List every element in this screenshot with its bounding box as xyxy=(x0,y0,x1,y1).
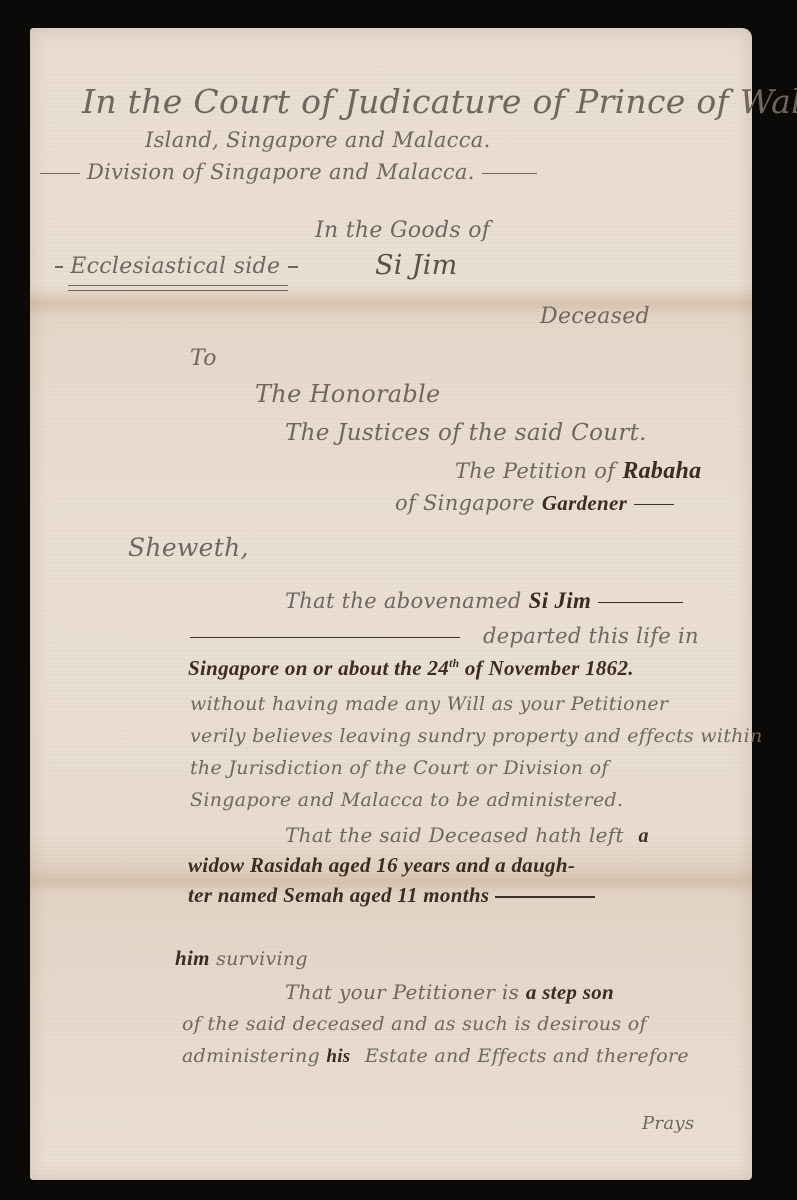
para3-line3-prefix: administering xyxy=(182,1045,320,1067)
deceased-name: Si Jim xyxy=(375,250,458,281)
rule xyxy=(634,504,674,506)
petitioner-of-line: of Singapore Gardener xyxy=(395,491,674,516)
to-label: To xyxy=(190,346,217,371)
para1-line2-text: departed this life in xyxy=(483,624,699,648)
rule xyxy=(482,173,537,174)
court-line-2: Island, Singapore and Malacca. xyxy=(145,128,491,152)
para2-line4-text: surviving xyxy=(216,948,308,970)
para3-line1: That your Petitioner is a step son xyxy=(285,980,614,1005)
side-text: Ecclesiastical side xyxy=(70,254,280,279)
justices-line: The Justices of the said Court. xyxy=(285,420,647,446)
petitioner-occupation: Gardener xyxy=(542,491,627,515)
para1-place: Singapore on or about the xyxy=(188,656,422,680)
in-the-goods-of: In the Goods of xyxy=(315,218,490,243)
honorable-line: The Honorable xyxy=(255,380,441,408)
rule xyxy=(55,266,63,267)
para2-line1: That the said Deceased hath left a xyxy=(285,823,649,848)
ecclesiastical-side: Ecclesiastical side xyxy=(55,254,298,279)
para1-line5: verily believes leaving sundry property … xyxy=(190,725,763,747)
double-underline xyxy=(68,285,288,291)
rule xyxy=(40,173,80,174)
petition-of-line: The Petition of Rabaha xyxy=(455,458,701,485)
division-line: Division of Singapore and Malacca. xyxy=(40,160,537,184)
division-text: Division of Singapore and Malacca. xyxy=(87,160,475,184)
rule xyxy=(598,602,683,604)
para1-day-suffix: th xyxy=(449,658,459,670)
para1-name: Si Jim xyxy=(529,588,592,613)
para3-prefix: That your Petitioner is xyxy=(285,980,519,1004)
para2-line3-text: ter named Semah aged 11 months xyxy=(188,883,489,907)
para1-line4: without having made any Will as your Pet… xyxy=(190,693,668,715)
para1-line3: Singapore on or about the 24th of Novemb… xyxy=(188,656,634,681)
para3-fill: a step son xyxy=(526,980,614,1004)
petitioner-of: of Singapore xyxy=(395,491,535,515)
para3-line3-suffix: Estate and Effects and therefore xyxy=(365,1045,689,1067)
para3-line3-fill: his xyxy=(326,1046,350,1067)
closing-prays: Prays xyxy=(642,1113,694,1134)
para2-prefix: That the said Deceased hath left xyxy=(285,823,624,847)
petitioner-name: Rabaha xyxy=(622,458,701,484)
deceased-label: Deceased xyxy=(540,304,650,329)
para2-line3: ter named Semah aged 11 months xyxy=(188,883,595,908)
para2-line2: widow Rasidah aged 16 years and a daugh- xyxy=(188,853,575,878)
para1-line6: the Jurisdiction of the Court or Divisio… xyxy=(190,757,609,779)
rule xyxy=(495,896,595,898)
para2-line4-fill: him xyxy=(175,946,210,970)
para1-line2: departed this life in xyxy=(190,624,699,648)
para1-prefix: That the abovenamed xyxy=(285,589,522,613)
para1-line1: That the abovenamed Si Jim xyxy=(285,588,683,614)
court-title: In the Court of Judicature of Prince of … xyxy=(82,82,797,121)
para1-line7: Singapore and Malacca to be administered… xyxy=(190,789,623,811)
para2-fill: a xyxy=(639,825,649,847)
para3-line2: of the said deceased and as such is desi… xyxy=(182,1013,647,1035)
para1-day: 24 xyxy=(427,656,449,680)
document-page: In the Court of Judicature of Prince of … xyxy=(30,28,752,1180)
para2-line4: him surviving xyxy=(175,946,308,971)
rule xyxy=(288,266,298,267)
rule xyxy=(190,637,460,639)
court-line-1: In the Court of Judicature of Prince of … xyxy=(82,82,797,121)
sheweth: Sheweth, xyxy=(128,533,249,562)
para1-month-year: of November 1862. xyxy=(465,656,634,680)
petition-of-prefix: The Petition of xyxy=(455,459,615,483)
para3-line3: administering his Estate and Effects and… xyxy=(182,1045,689,1068)
